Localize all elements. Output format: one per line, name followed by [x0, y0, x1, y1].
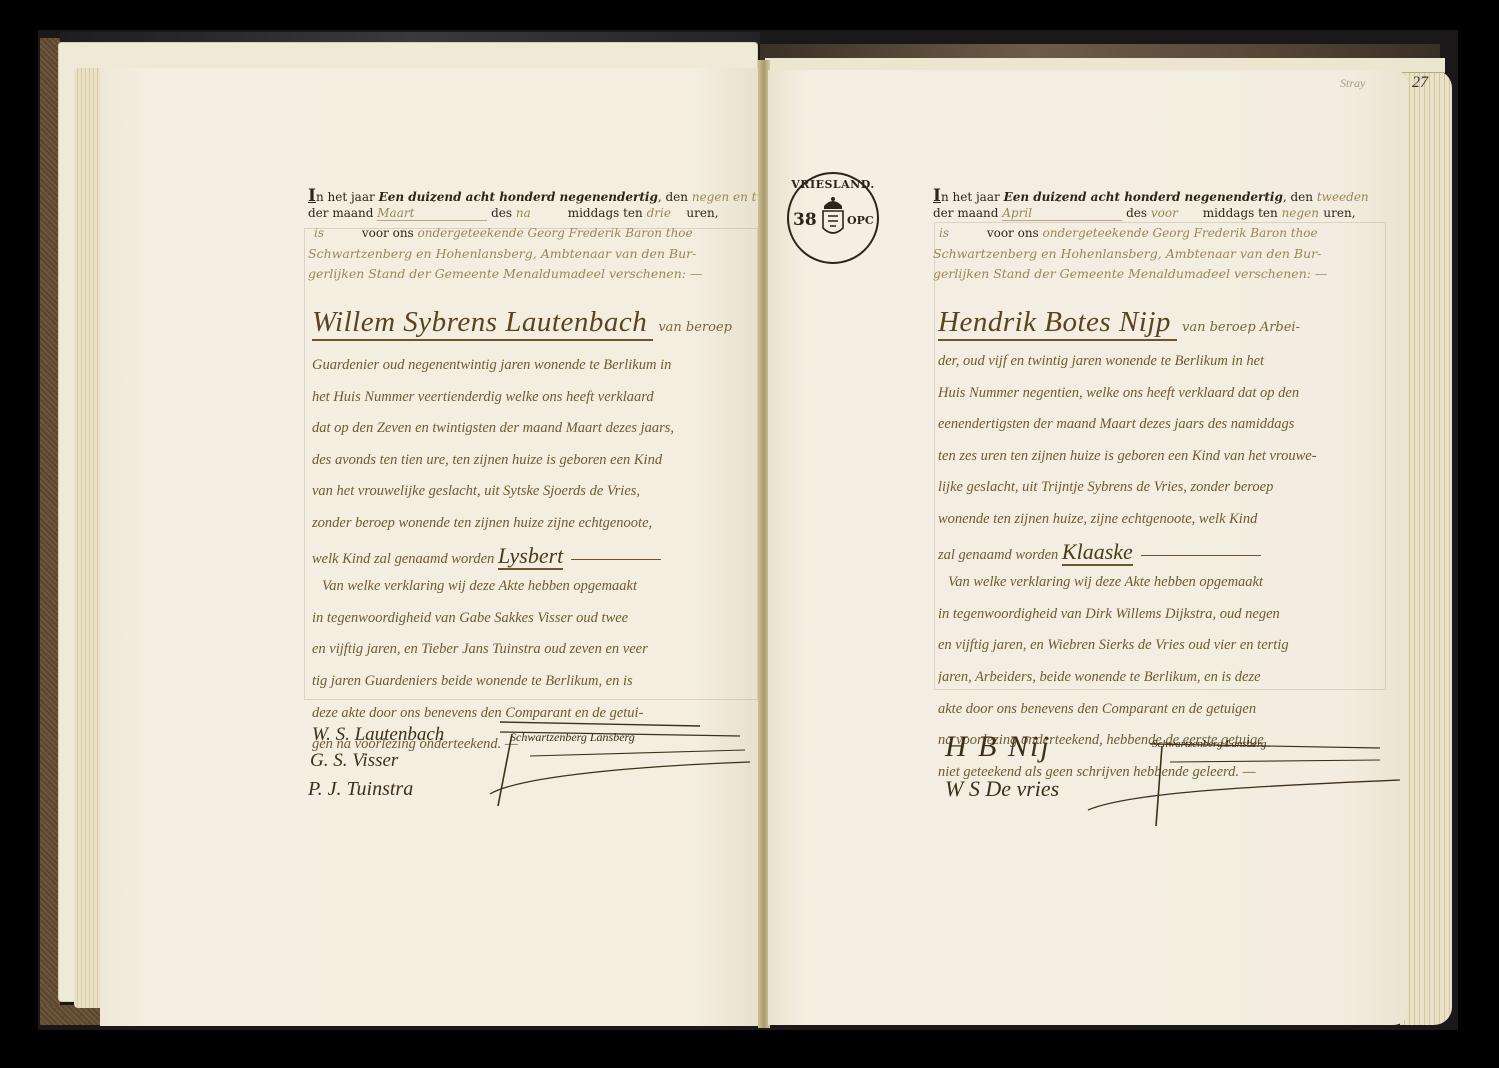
filled-day: negen en twintigste — [692, 190, 758, 204]
printed-year: Een duizend acht honderd negenendertig — [379, 190, 658, 204]
body-line: lijke geslacht, uit Trijntje Sybrens de … — [938, 472, 1383, 504]
signature-witness: W S De vries — [945, 776, 1059, 802]
printed-text: n het jaar — [941, 190, 1000, 204]
page-number: 27 — [1412, 74, 1428, 92]
filled-day: tweeden — [1317, 190, 1369, 204]
body-text: welk Kind zal genaamd worden — [312, 551, 494, 567]
left-entry-line2: der maand Maart des na middags ten drie … — [308, 206, 758, 226]
printed-text: middags ten — [1203, 206, 1278, 220]
filled-ante-post: na — [516, 206, 564, 220]
printed-year: Een duizend acht honderd negenendertig — [1004, 190, 1283, 204]
signature-declarant: W. S. Lautenbach — [312, 724, 444, 746]
body-line: van het vrouwelijke geslacht, uit Sytske… — [312, 476, 757, 508]
body-line: Huis Nummer negentien, welke ons heeft v… — [938, 378, 1383, 410]
printed-text: uren, — [686, 206, 718, 220]
body-text: zal genaamd worden — [938, 547, 1058, 563]
closing-line: Van welke verklaring wij deze Akte hebbe… — [312, 571, 757, 603]
child-name: Klaaske — [1062, 539, 1133, 566]
filled-hour: drie — [647, 206, 683, 220]
child-name-line: welk Kind zal genaamd worden Lysbert — [312, 540, 757, 572]
occupation-label: van beroep Arbei- — [1182, 320, 1300, 335]
fill-rule — [1141, 555, 1261, 556]
right-entry-line1: In het jaar Een duizend acht honderd neg… — [933, 186, 1383, 206]
closing-line: Van welke verklaring wij deze Akte hebbe… — [938, 567, 1383, 599]
pencil-annotation: Stray — [1340, 76, 1365, 91]
signature-declarant: H B Nij — [945, 730, 1051, 764]
body-line: zonder beroep wonende ten zijnen huize z… — [312, 508, 757, 540]
filled-hour: negen — [1282, 206, 1320, 220]
printed-text: n het jaar — [316, 190, 375, 204]
left-declarant-block: Willem Sybrens Lautenbach van beroep Gua… — [312, 306, 757, 761]
filled-month: Maart — [377, 206, 487, 221]
printed-text: uren, — [1323, 206, 1355, 220]
printed-text: der maand — [933, 206, 998, 220]
right-declarant-block: Hendrik Botes Nijp van beroep Arbei- der… — [938, 306, 1383, 788]
closing-line: in tegenwoordigheid van Dirk Willems Dij… — [938, 599, 1383, 631]
printed-text: der maand — [308, 206, 373, 220]
stamp-province: VRIESLAND. — [789, 178, 877, 191]
closing-line: en vijftig jaren, en Tieber Jans Tuinstr… — [312, 634, 757, 666]
body-line: der, oud vijf en twintig jaren wonende t… — [938, 346, 1383, 378]
signature-witness-1: G. S. Visser — [310, 750, 398, 772]
filled-month: April — [1002, 206, 1122, 221]
signature-witness-2: P. J. Tuinstra — [308, 778, 413, 801]
printed-text: des — [1126, 206, 1147, 220]
signature-flourish-icon — [460, 716, 760, 816]
closing-line: jaren, Arbeiders, beide wonende te Berli… — [938, 662, 1383, 694]
child-name: Lysbert — [498, 543, 563, 570]
cover-cloth-spine-left — [40, 38, 60, 1023]
declarant-name: Hendrik Botes Nijp — [938, 306, 1177, 341]
body-line: Guardenier oud negenentwintig jaren wone… — [312, 350, 757, 382]
body-line: ten zes uren ten zijnen huize is geboren… — [938, 441, 1383, 473]
body-line: des avonds ten tien ure, ten zijnen huiz… — [312, 445, 757, 477]
body-line: het Huis Nummer veertienderdig welke ons… — [312, 382, 757, 414]
body-line: wonende ten zijnen huize, zijne echtgeno… — [938, 504, 1383, 536]
right-name-line: Hendrik Botes Nijp van beroep Arbei- — [938, 306, 1383, 346]
printed-text: middags ten — [568, 206, 643, 220]
closing-line: in tegenwoordigheid van Gabe Sakkes Viss… — [312, 603, 757, 635]
filled-ante-post: voor — [1151, 206, 1199, 220]
tax-stamp: VRIESLAND. 38 OPC — [787, 172, 879, 264]
closing-line: akte door ons benevens den Comparant en … — [938, 694, 1383, 726]
dropcap: I — [308, 186, 316, 206]
stamp-unit: OPC — [847, 214, 874, 227]
signature-flourish-icon — [1080, 730, 1400, 830]
closing-line: en vijftig jaren, en Wiebren Sierks de V… — [938, 630, 1383, 662]
printed-text: , den — [1283, 190, 1313, 204]
closing-line: tig jaren Guardeniers beide wonende te B… — [312, 666, 757, 698]
printed-text: , den — [658, 190, 688, 204]
left-entry-line1: In het jaar Een duizend acht honderd neg… — [308, 186, 758, 206]
dropcap: I — [933, 186, 941, 206]
crest-icon — [820, 196, 846, 240]
body-line: eenendertigsten der maand Maart dezes ja… — [938, 409, 1383, 441]
child-name-line: zal genaamd worden Klaaske — [938, 536, 1383, 568]
stamp-value: 38 — [793, 210, 817, 230]
fill-rule — [571, 559, 661, 560]
body-line: dat op den Zeven en twintigsten der maan… — [312, 413, 757, 445]
occupation-label: van beroep — [658, 320, 732, 335]
left-name-line: Willem Sybrens Lautenbach van beroep — [312, 306, 757, 350]
printed-text: des — [491, 206, 512, 220]
declarant-name: Willem Sybrens Lautenbach — [312, 306, 653, 341]
